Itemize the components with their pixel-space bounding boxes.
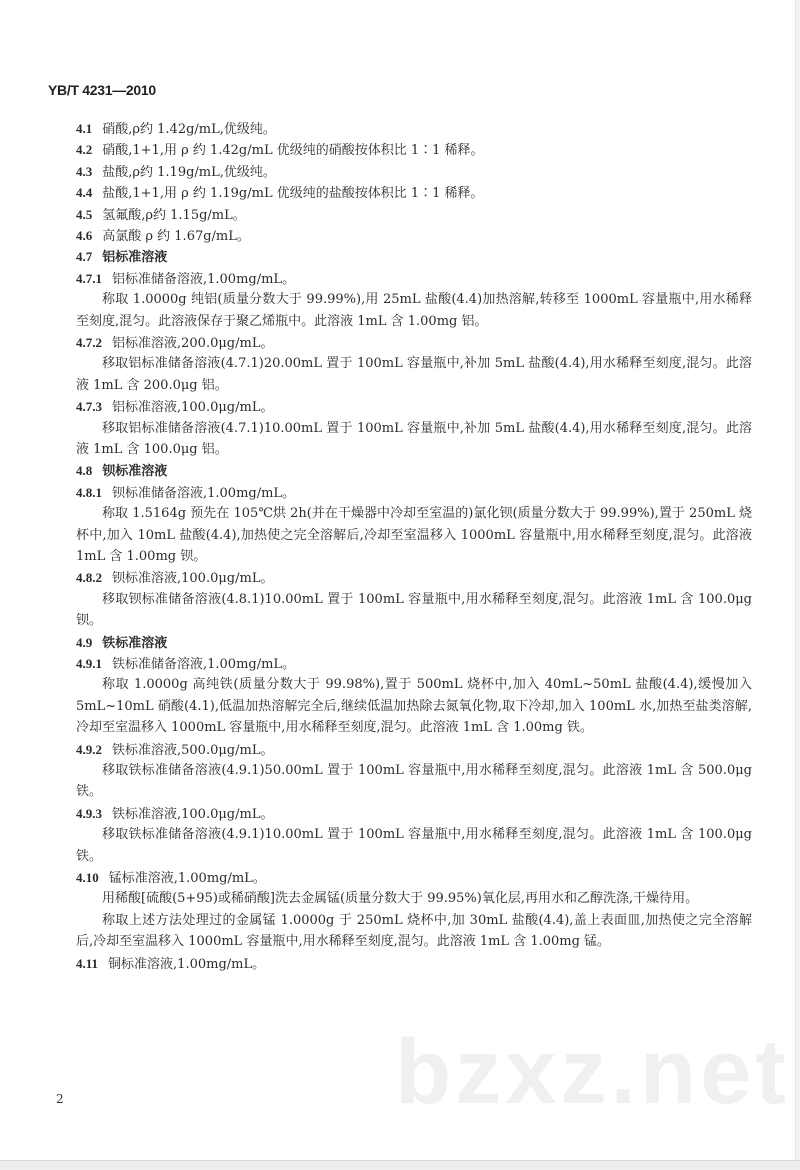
paragraph: 称取 1.0000g 纯铝(质量分数大于 99.99%),用 25mL 盐酸(4…: [76, 289, 752, 332]
clause-4-8-2: 4.8.2钡标准溶液,100.0μg/mL。: [76, 567, 752, 588]
paragraph: 移取钡标准储备溶液(4.8.1)10.00mL 置于 100mL 容量瓶中,用水…: [76, 589, 752, 632]
clause-4-9-2: 4.9.2铁标准溶液,500.0μg/mL。: [76, 739, 752, 760]
paragraph: 称取上述方法处理过的金属锰 1.0000g 于 250mL 烧杯中,加 30mL…: [76, 910, 752, 953]
clause-4-4: 4.4盐酸,1+1,用 ρ 约 1.19g/mL 优级纯的盐酸按体积比 1∶1 …: [76, 182, 752, 203]
standard-code-header: YB/T 4231—2010: [48, 82, 156, 98]
clause-4-10: 4.10锰标准溶液,1.00mg/mL。: [76, 867, 752, 888]
paragraph: 移取铝标准储备溶液(4.7.1)20.00mL 置于 100mL 容量瓶中,补加…: [76, 353, 752, 396]
document-body: 4.1硝酸,ρ约 1.42g/mL,优级纯。 4.2硝酸,1+1,用 ρ 约 1…: [76, 118, 752, 974]
clause-4-8-1: 4.8.1钡标准储备溶液,1.00mg/mL。: [76, 482, 752, 503]
clause-4-3: 4.3盐酸,ρ约 1.19g/mL,优级纯。: [76, 161, 752, 182]
clause-4-7-2: 4.7.2铝标准溶液,200.0μg/mL。: [76, 332, 752, 353]
clause-4-6: 4.6高氯酸 ρ 约 1.67g/mL。: [76, 225, 752, 246]
page-edge: [795, 0, 800, 1160]
section-heading-iron: 4.9铁标准溶液: [76, 632, 752, 653]
clause-4-9-1: 4.9.1铁标准储备溶液,1.00mg/mL。: [76, 653, 752, 674]
paragraph: 称取 1.5164g 预先在 105℃烘 2h(并在干燥器中冷却至室温的)氯化钡…: [76, 503, 752, 567]
page-bottom-border: [0, 1160, 800, 1170]
page-number: 2: [56, 1092, 64, 1106]
section-heading-barium: 4.8钡标准溶液: [76, 460, 752, 481]
watermark: bzxz.net: [395, 1020, 790, 1125]
clause-4-1: 4.1硝酸,ρ约 1.42g/mL,优级纯。: [76, 118, 752, 139]
clause-4-7-3: 4.7.3铝标准溶液,100.0μg/mL。: [76, 396, 752, 417]
paragraph: 移取铁标准储备溶液(4.9.1)10.00mL 置于 100mL 容量瓶中,用水…: [76, 824, 752, 867]
paragraph: 称取 1.0000g 高纯铁(质量分数大于 99.98%),置于 500mL 烧…: [76, 674, 752, 738]
document-page: bzxz.net YB/T 4231—2010 4.1硝酸,ρ约 1.42g/m…: [0, 0, 800, 1160]
clause-4-9-3: 4.9.3铁标准溶液,100.0μg/mL。: [76, 803, 752, 824]
clause-4-2: 4.2硝酸,1+1,用 ρ 约 1.42g/mL 优级纯的硝酸按体积比 1∶1 …: [76, 139, 752, 160]
paragraph: 移取铁标准储备溶液(4.9.1)50.00mL 置于 100mL 容量瓶中,用水…: [76, 760, 752, 803]
paragraph: 用稀酸[硫酸(5+95)或稀硝酸]洗去金属锰(质量分数大于 99.95%)氧化层…: [76, 888, 752, 909]
clause-4-7-1: 4.7.1铝标准储备溶液,1.00mg/mL。: [76, 268, 752, 289]
section-heading-aluminum: 4.7铝标准溶液: [76, 246, 752, 267]
paragraph: 移取铝标准储备溶液(4.7.1)10.00mL 置于 100mL 容量瓶中,补加…: [76, 418, 752, 461]
clause-4-11: 4.11铜标准溶液,1.00mg/mL。: [76, 953, 752, 974]
clause-4-5: 4.5氢氟酸,ρ约 1.15g/mL。: [76, 204, 752, 225]
